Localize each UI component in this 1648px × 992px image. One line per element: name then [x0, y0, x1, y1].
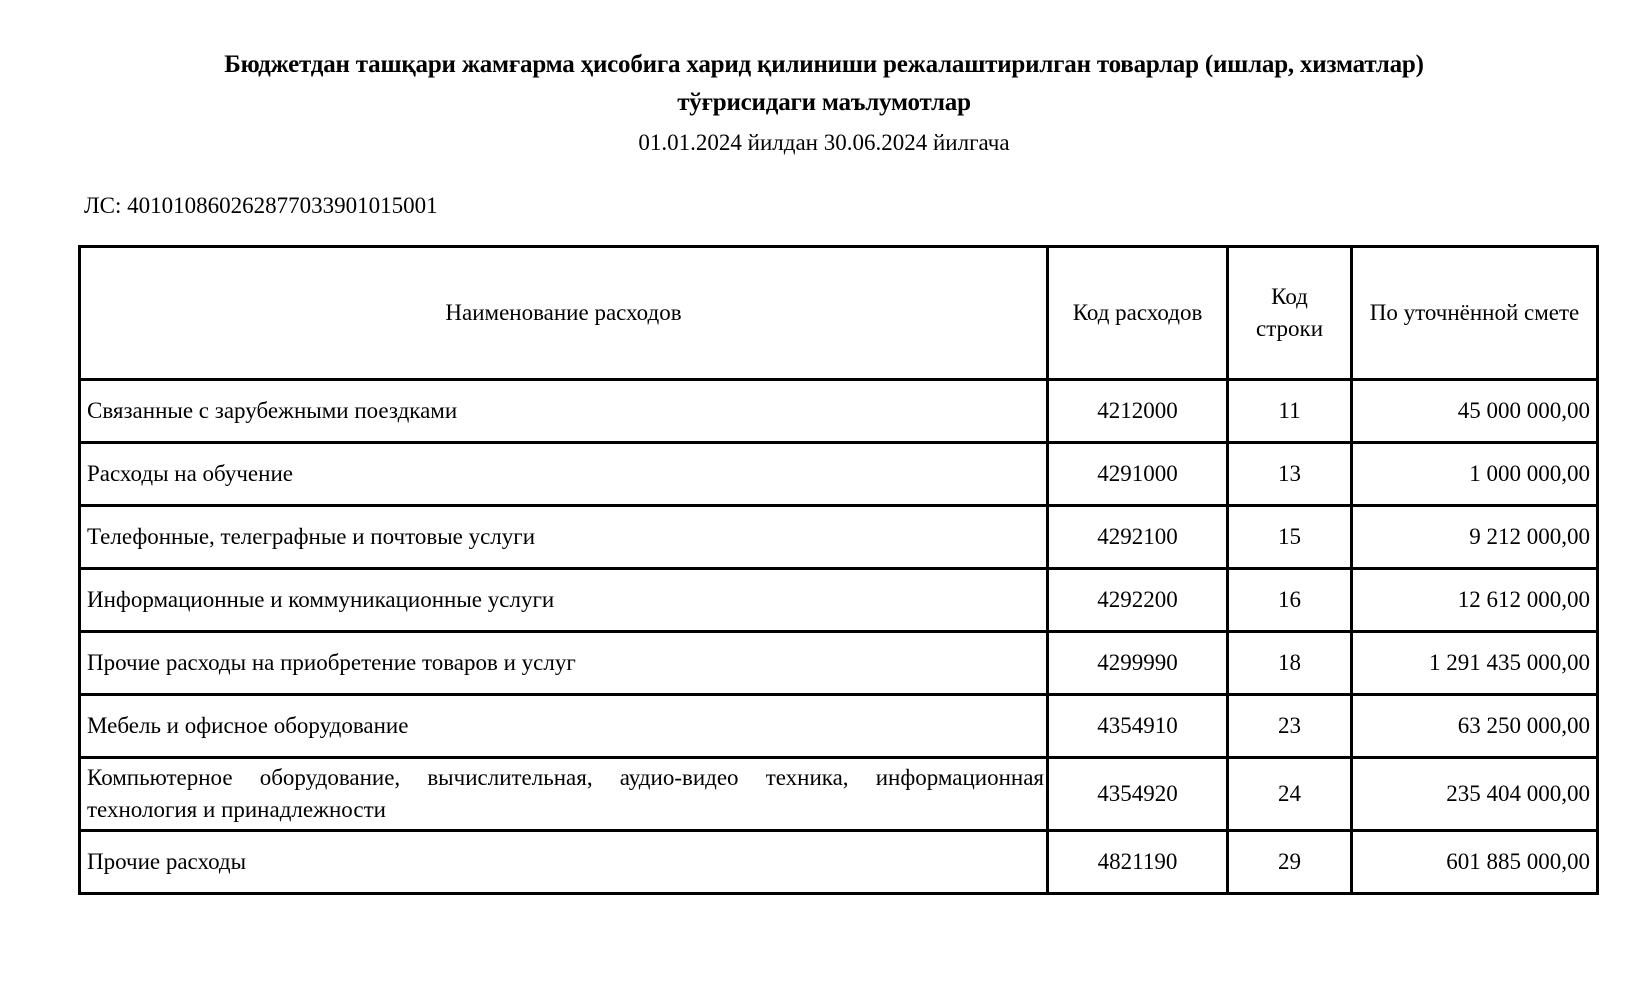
table-row: Телефонные, телеграфные и почтовые услуг…	[80, 506, 1598, 569]
amount: 1 000 000,00	[1352, 443, 1598, 506]
expense-code: 4354910	[1048, 695, 1228, 758]
amount: 63 250 000,00	[1352, 695, 1598, 758]
expense-code: 4354920	[1048, 758, 1228, 831]
line-code: 18	[1228, 632, 1352, 695]
expense-code: 4299990	[1048, 632, 1228, 695]
line-code: 16	[1228, 569, 1352, 632]
line-code: 13	[1228, 443, 1352, 506]
amount: 12 612 000,00	[1352, 569, 1598, 632]
table-row: Расходы на обучение 4291000 13 1 000 000…	[80, 443, 1598, 506]
header-expense-name: Наименование расходов	[80, 247, 1048, 380]
table-row: Связанные с зарубежными поездками 421200…	[80, 380, 1598, 443]
expense-code: 4291000	[1048, 443, 1228, 506]
expense-name: Телефонные, телеграфные и почтовые услуг…	[80, 506, 1048, 569]
line-code: 23	[1228, 695, 1352, 758]
table-header-row: Наименование расходов Код расходов Код с…	[80, 247, 1598, 380]
table-row: Информационные и коммуникационные услуги…	[80, 569, 1598, 632]
amount: 9 212 000,00	[1352, 506, 1598, 569]
expense-name: Компьютерное оборудование, вычислительна…	[80, 758, 1048, 831]
table-row: Прочие расходы 4821190 29 601 885 000,00	[80, 831, 1598, 894]
table-row: Мебель и офисное оборудование 4354910 23…	[80, 695, 1598, 758]
expense-name: Информационные и коммуникационные услуги	[80, 569, 1048, 632]
line-code: 24	[1228, 758, 1352, 831]
header-line-code: Код строки	[1228, 247, 1352, 380]
amount: 1 291 435 000,00	[1352, 632, 1598, 695]
amount: 601 885 000,00	[1352, 831, 1598, 894]
expense-code: 4212000	[1048, 380, 1228, 443]
report-title-line-2: тўғрисидаги маълумотлар	[0, 86, 1648, 120]
header-expense-code: Код расходов	[1048, 247, 1228, 380]
expense-code: 4292200	[1048, 569, 1228, 632]
expense-name: Мебель и офисное оборудование	[80, 695, 1048, 758]
amount: 235 404 000,00	[1352, 758, 1598, 831]
expense-code: 4821190	[1048, 831, 1228, 894]
report-period: 01.01.2024 йилдан 30.06.2024 йилгача	[0, 128, 1648, 158]
line-code: 11	[1228, 380, 1352, 443]
expense-name: Связанные с зарубежными поездками	[80, 380, 1048, 443]
table-row: Компьютерное оборудование, вычислительна…	[80, 758, 1598, 831]
expense-code: 4292100	[1048, 506, 1228, 569]
line-code: 15	[1228, 506, 1352, 569]
report-title-line-1: Бюджетдан ташқари жамғарма ҳисобига хари…	[0, 48, 1648, 82]
header-refined-estimate: По уточнённой смете	[1352, 247, 1598, 380]
line-code: 29	[1228, 831, 1352, 894]
expense-name: Расходы на обучение	[80, 443, 1048, 506]
table-row: Прочие расходы на приобретение товаров и…	[80, 632, 1598, 695]
expense-name: Прочие расходы	[80, 831, 1048, 894]
amount: 45 000 000,00	[1352, 380, 1598, 443]
expenses-table: Наименование расходов Код расходов Код с…	[78, 245, 1599, 895]
expense-name: Прочие расходы на приобретение товаров и…	[80, 632, 1048, 695]
account-number: ЛС: 401010860262877033901015001	[84, 191, 438, 221]
